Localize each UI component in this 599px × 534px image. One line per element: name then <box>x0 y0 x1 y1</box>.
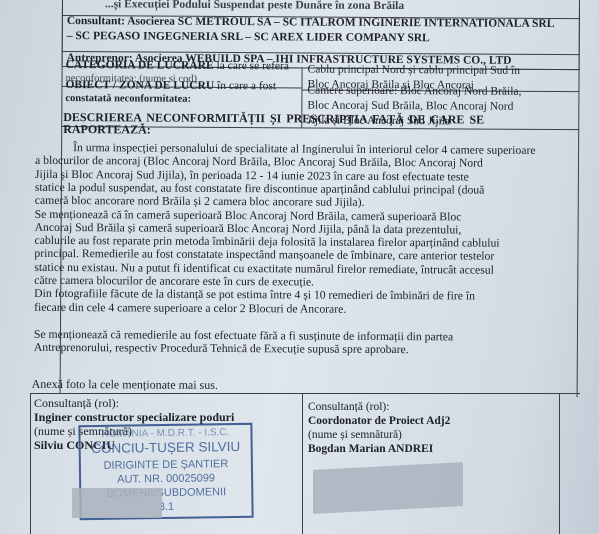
stamp-line-4: AUT. NR. 00025099 <box>81 473 251 486</box>
redaction-patch <box>313 462 463 514</box>
stamp-line-2: CONCIU-TUȘER SILVIU <box>81 440 251 456</box>
categoria-label-rest: la care se referă <box>214 60 289 72</box>
right-role-label: Consultanță (rol): <box>308 402 389 414</box>
obiect-label-2: constatată neconformitatea: <box>65 94 191 105</box>
stamp-line-3: DIRIGINTE DE ȘANTIER <box>81 459 251 472</box>
consultant-line-1: Consultant: Asocierea SC METROUL SA – SC… <box>67 16 555 30</box>
signature-mid-border <box>302 393 303 534</box>
annex-note: Anexă foto la cele menționate mai sus. <box>32 378 218 391</box>
obiect-value-1: Camere superioare: Bloc Ancoraj Nord Bră… <box>307 86 521 99</box>
right-name-sign-label: (nume și semnătură) <box>308 430 402 442</box>
paragraph-line: fiecare din cele 4 camere superioare a c… <box>34 301 554 316</box>
consultant-row: Consultant: Asocierea SC METROUL SA – SC… <box>62 16 580 55</box>
consultant-line-2: – SC PEGASO INGEGNERIA SRL – SC AREX LID… <box>67 31 430 45</box>
categoria-label-bold: CATEGORIA DE LUCRARE <box>66 59 214 72</box>
obiect-label: OBIECT / ZONA DE LUCRU în care a fost <box>65 80 276 93</box>
obiect-label-bold: OBIECT / ZONA DE LUCRU <box>65 79 214 92</box>
right-name: Bogdan Marian ANDREI <box>308 444 433 456</box>
signature-left-border <box>30 393 31 534</box>
descriere-heading-2: RAPORTEAZĂ: <box>63 123 151 136</box>
categoria-value-1: Cablu principal Nord și cablu principal … <box>308 65 520 78</box>
obiect-label-rest: în care a fost <box>214 80 276 92</box>
nonconformity-report: ...și Execuției Podului Suspendat peste … <box>62 0 580 3</box>
paragraph-line: Antreprenorului, respectiv Procedură Teh… <box>34 342 409 356</box>
left-role: Inginer constructor specializare poduri <box>34 411 234 423</box>
document-photo: ...și Execuției Podului Suspendat peste … <box>0 0 599 534</box>
right-role: Coordonator de Proiect Adj2 <box>308 416 450 428</box>
left-role-label: Consultanță (rol): <box>34 397 119 409</box>
redaction-patch <box>72 488 162 518</box>
signature-right-border <box>559 393 560 534</box>
signature-divider <box>30 393 580 394</box>
categoria-label: CATEGORIA DE LUCRARE la care se referă <box>66 60 289 73</box>
title-partial: ...și Execuției Podului Suspendat peste … <box>105 0 404 13</box>
